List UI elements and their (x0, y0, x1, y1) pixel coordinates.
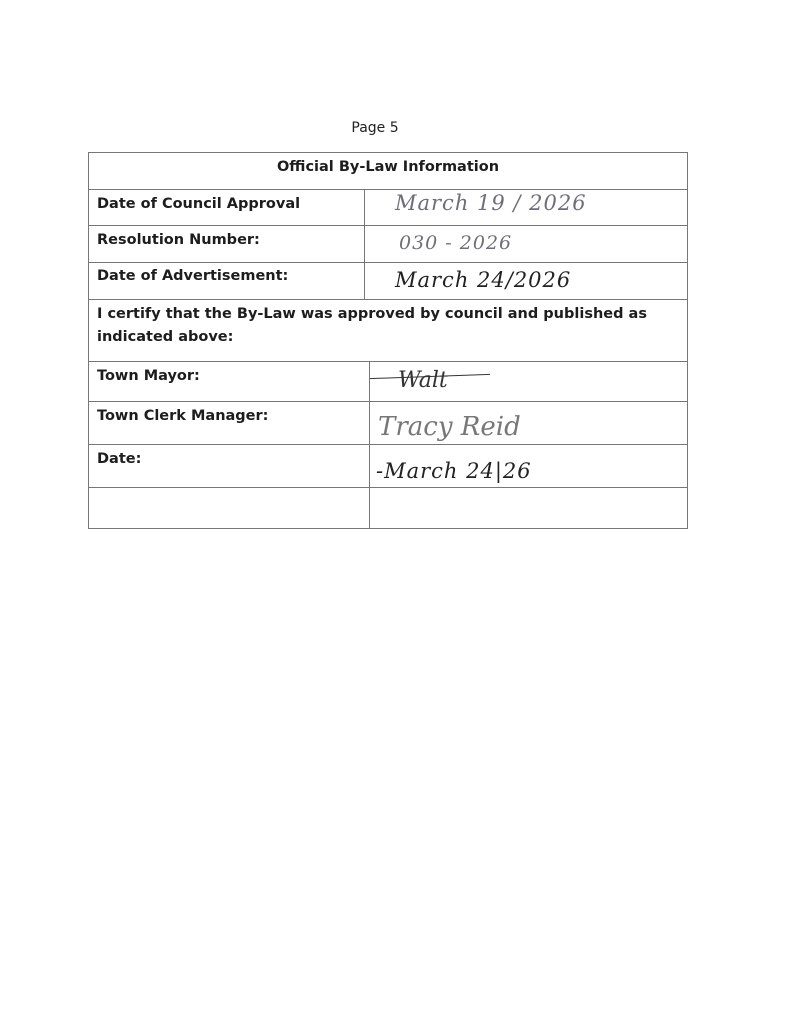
date-label: Date: (89, 445, 370, 487)
table-row: Resolution Number: 030 - 2026 (89, 225, 687, 262)
handwritten-resolution-number: 030 - 2026 (399, 232, 512, 254)
table-row: Town Mayor: Walt (89, 361, 687, 401)
table-row: Town Clerk Manager: Tracy Reid (89, 401, 687, 444)
council-approval-label: Date of Council Approval (89, 190, 365, 225)
town-clerk-label: Town Clerk Manager: (89, 402, 370, 444)
town-clerk-signature: Tracy Reid (370, 402, 687, 444)
empty-label-cell (89, 488, 370, 528)
resolution-number-value: 030 - 2026 (365, 226, 687, 262)
resolution-number-label: Resolution Number: (89, 226, 365, 262)
handwritten-approval-date: March 19 / 2026 (395, 191, 587, 215)
mayor-signature: Walt (398, 368, 448, 393)
empty-value-cell (370, 488, 687, 528)
empty-row (89, 487, 687, 528)
certification-text: I certify that the By-Law was approved b… (89, 300, 687, 361)
table-row: Date of Advertisement: March 24/2026 (89, 262, 687, 299)
council-approval-value: March 19 / 2026 (365, 190, 687, 225)
advertisement-date-label: Date of Advertisement: (89, 263, 365, 299)
date-value: -March 24|26 (370, 445, 687, 487)
table-title-row: Official By-Law Information (89, 153, 687, 189)
advertisement-date-value: March 24/2026 (365, 263, 687, 299)
town-mayor-signature: Walt (370, 362, 687, 401)
handwritten-sign-date: -March 24|26 (376, 459, 532, 483)
table-row: Date: -March 24|26 (89, 444, 687, 487)
table-title: Official By-Law Information (89, 153, 687, 189)
bylaw-info-table: Official By-Law Information Date of Coun… (88, 152, 688, 529)
certification-row: I certify that the By-Law was approved b… (89, 299, 687, 361)
table-row: Date of Council Approval March 19 / 2026 (89, 189, 687, 225)
page-number: Page 5 (0, 120, 750, 136)
clerk-signature: Tracy Reid (378, 412, 521, 442)
handwritten-advertisement-date: March 24/2026 (395, 268, 571, 292)
town-mayor-label: Town Mayor: (89, 362, 370, 401)
